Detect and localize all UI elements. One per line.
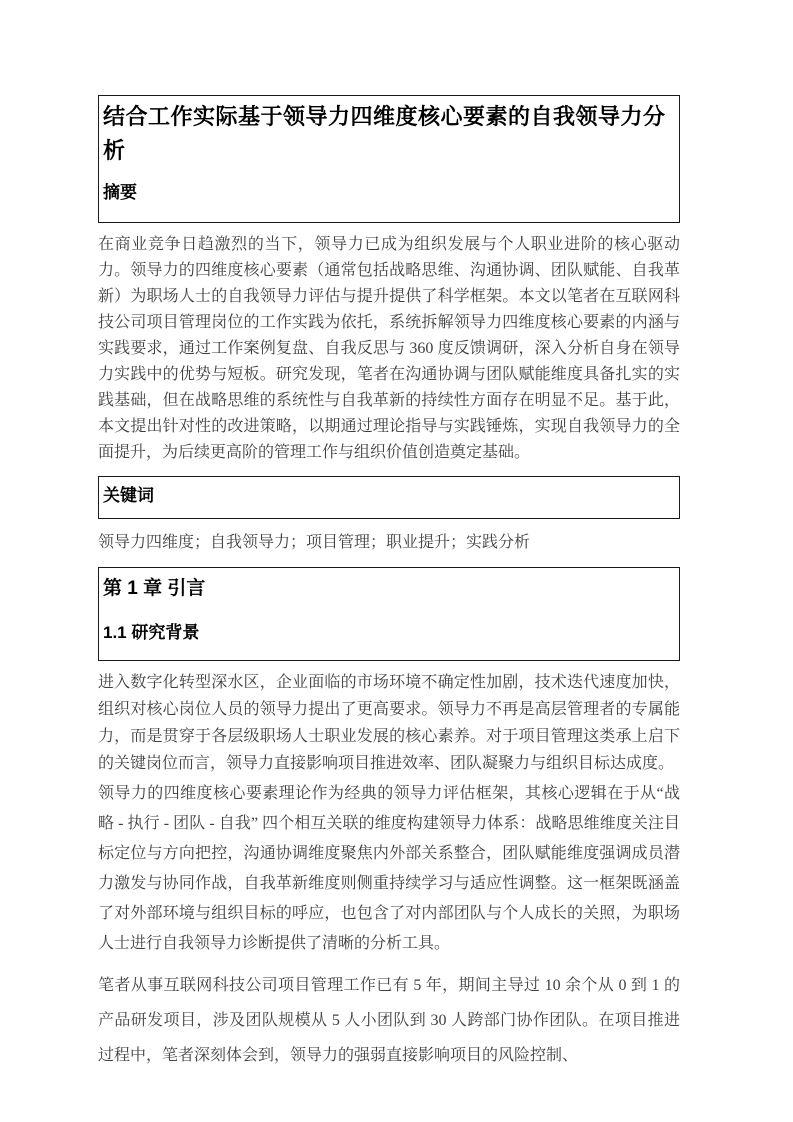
body-paragraph: 进入数字化转型深水区，企业面临的市场环境不确定性加剧，技术迭代速度加快，组织对核… bbox=[98, 669, 680, 777]
title-and-abstract-heading-box: 结合工作实际基于领导力四维度核心要素的自我领导力分析 摘要 bbox=[98, 95, 680, 223]
chapter1-heading: 第 1 章 引言 bbox=[103, 575, 671, 603]
body-paragraph: 领导力的四维度核心要素理论作为经典的领导力评估框架，其核心逻辑在于从“战略 - … bbox=[98, 779, 680, 959]
keywords-line: 领导力四维度；自我领导力；项目管理；职业提升；实践分析 bbox=[98, 531, 680, 555]
section-1-1-heading: 1.1 研究背景 bbox=[103, 620, 671, 646]
body-paragraph: 笔者从事互联网科技公司项目管理工作已有 5 年，期间主导过 10 余个从 0 到… bbox=[98, 968, 680, 1073]
document-page: 结合工作实际基于领导力四维度核心要素的自我领导力分析 摘要 在商业竞争日趋激烈的… bbox=[0, 0, 793, 1122]
abstract-paragraph: 在商业竞争日趋激烈的当下，领导力已成为组织发展与个人职业进阶的核心驱动力。领导力… bbox=[98, 232, 680, 466]
keywords-heading-box: 关键词 bbox=[98, 476, 680, 519]
abstract-heading: 摘要 bbox=[103, 180, 671, 206]
document-content: 结合工作实际基于领导力四维度核心要素的自我领导力分析 摘要 在商业竞争日趋激烈的… bbox=[98, 95, 680, 1073]
keywords-heading: 关键词 bbox=[103, 483, 671, 509]
document-title: 结合工作实际基于领导力四维度核心要素的自我领导力分析 bbox=[103, 100, 671, 168]
chapter1-heading-box: 第 1 章 引言 1.1 研究背景 bbox=[98, 567, 680, 661]
